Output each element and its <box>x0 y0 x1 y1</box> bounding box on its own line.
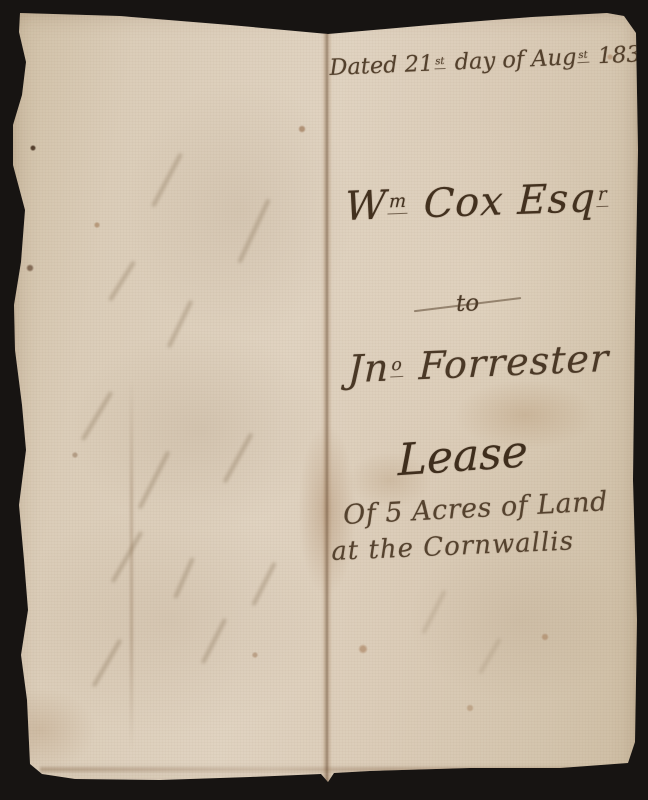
bleedthrough-stroke <box>237 198 270 263</box>
bleedthrough-stroke <box>201 618 227 664</box>
bleedthrough-stroke <box>478 638 501 675</box>
connector-to: to <box>427 289 508 318</box>
bleedthrough-stroke <box>151 153 183 208</box>
bleedthrough-stroke <box>92 639 122 688</box>
description-line-2: at the Cornwallis <box>331 526 575 567</box>
date-year: 1833 <box>590 41 648 70</box>
bleedthrough-stroke <box>251 562 276 607</box>
date-month-ordinal: st <box>577 50 589 63</box>
bleedthrough-stroke <box>138 451 171 510</box>
center-fold-crease <box>322 33 332 782</box>
bleedthrough-stroke <box>421 590 446 635</box>
grantor-abbreviation: m <box>388 191 409 215</box>
date-day-ordinal: st <box>434 56 446 69</box>
grantor-name: Wm Cox Esqr <box>344 175 597 230</box>
bleedthrough-stroke <box>223 433 254 484</box>
description-line-1: Of 5 Acres of Land <box>342 486 608 531</box>
bleedthrough-stroke <box>173 557 195 599</box>
date-text-start: Dated 21 <box>329 50 434 81</box>
date-line: Dated 21st day of Augst 1833 <box>329 42 632 81</box>
left-page-crease <box>130 380 133 750</box>
bleedthrough-stroke <box>111 531 143 583</box>
grantee-name: Jno Forrester <box>332 335 625 392</box>
scanned-document-photo: Dated 21st day of Augst 1833 Wm Cox Esqr… <box>0 0 648 800</box>
grantor-initial: W <box>344 182 388 230</box>
date-text-middle: day of Aug <box>447 44 577 76</box>
grantor-rest: Cox Esq <box>409 175 597 228</box>
grantee-initial: Jn <box>347 345 390 391</box>
folded-paper-sheet: Dated 21st day of Augst 1833 Wm Cox Esqr… <box>0 0 648 800</box>
bleedthrough-stroke <box>81 391 113 441</box>
grantee-abbreviation: o <box>390 355 404 378</box>
grantor-title-abbreviation: r <box>597 184 609 207</box>
bleedthrough-stroke <box>167 300 193 348</box>
bleedthrough-stroke <box>108 260 136 301</box>
document-type-title: Lease <box>388 425 538 487</box>
grantee-rest: Forrester <box>405 336 609 389</box>
